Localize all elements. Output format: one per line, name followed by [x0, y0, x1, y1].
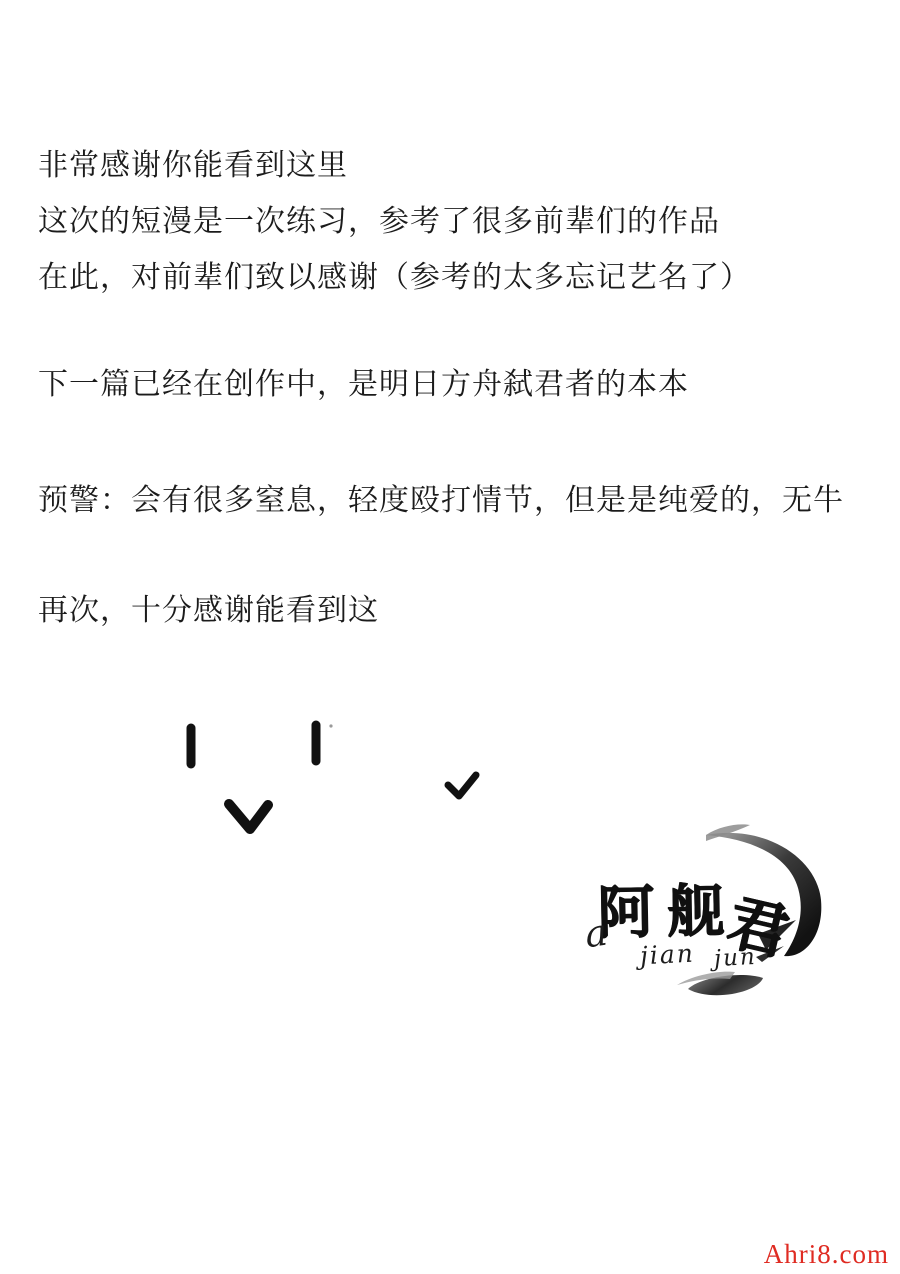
afterword-page: 非常感谢你能看到这里 这次的短漫是一次练习，参考了很多前辈们的作品 在此，对前辈…	[0, 0, 900, 1274]
mouth-stroke	[229, 804, 268, 829]
afterword-line-4: 下一篇已经在创作中，是明日方舟弑君者的本本	[38, 368, 689, 402]
site-watermark: Ahri8.com	[764, 1239, 889, 1270]
afterword-line-2: 这次的短漫是一次练习，参考了很多前辈们的作品	[38, 205, 720, 239]
hand-drawn-smiley-face-icon	[140, 690, 520, 850]
logo-latin-jian: jian	[639, 939, 695, 971]
afterword-line-1: 非常感谢你能看到这里	[38, 149, 348, 183]
afterword-line-5: 预警：会有很多窒息，轻度殴打情节，但是是纯爱的，无牛	[38, 484, 844, 518]
stray-ink-dot	[329, 724, 332, 727]
logo-latin-jun: jun	[713, 944, 757, 972]
afterword-line-3: 在此，对前辈们致以感谢（参考的太多忘记艺名了）	[38, 261, 751, 295]
afterword-line-6: 再次，十分感谢能看到这	[38, 594, 379, 628]
check-mark-icon	[448, 775, 476, 796]
logo-hanzi-ajian: 阿舰	[596, 865, 737, 949]
